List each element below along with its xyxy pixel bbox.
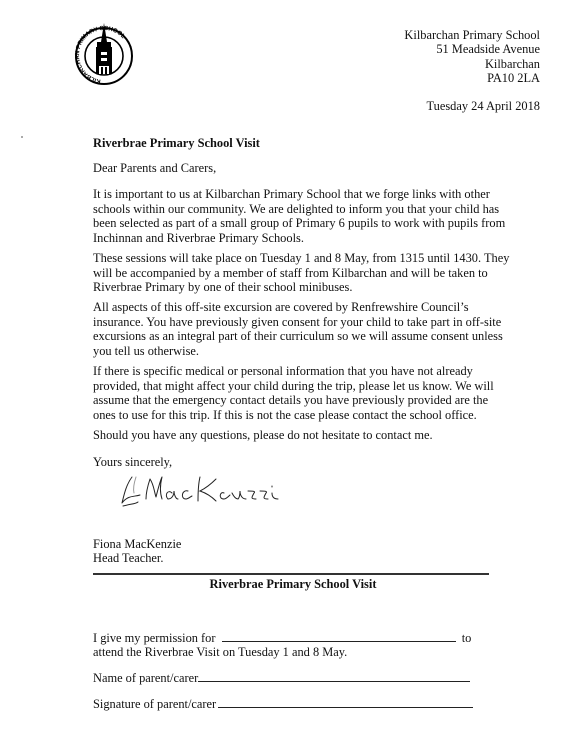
- child-name-field[interactable]: [222, 631, 456, 642]
- address-line: Kilbarchan: [404, 57, 540, 71]
- salutation: Dear Parents and Carers,: [93, 161, 513, 176]
- paragraph-insurance: All aspects of this off-site excursion a…: [93, 300, 513, 358]
- parent-signature-label: Signature of parent/carer: [93, 697, 216, 711]
- paragraph-sessions: These sessions will take place on Tuesda…: [93, 251, 513, 295]
- form-title: Riverbrae Primary School Visit: [0, 577, 586, 592]
- tear-off-divider: [93, 573, 489, 575]
- address-line: PA10 2LA: [404, 71, 540, 85]
- paragraph-questions: Should you have any questions, please do…: [93, 428, 513, 443]
- letter-date: Tuesday 24 April 2018: [404, 99, 540, 113]
- paragraph-links: It is important to us at Kilbarchan Prim…: [93, 187, 513, 245]
- signatory-name: Fiona MacKenzie: [93, 537, 513, 552]
- parent-signature-row: Signature of parent/carer: [93, 696, 513, 712]
- parent-name-row: Name of parent/carer: [93, 670, 513, 686]
- scan-artifact: [21, 136, 23, 138]
- signatory-role: Head Teacher.: [93, 551, 513, 566]
- permission-line-2: attend the Riverbrae Visit on Tuesday 1 …: [93, 645, 513, 660]
- permission-line: I give my permission for to: [93, 631, 513, 646]
- school-crest-icon: KILBARCHAN PRIMARY SCHOOL: [73, 22, 135, 86]
- address-line: 51 Meadside Avenue: [404, 42, 540, 56]
- paragraph-medical: If there is specific medical or personal…: [93, 364, 513, 422]
- parent-signature-field[interactable]: [218, 696, 473, 708]
- form-title-text: Riverbrae Primary School Visit: [210, 577, 377, 592]
- handwritten-signature: [120, 471, 295, 511]
- sender-address: Kilbarchan Primary School 51 Meadside Av…: [404, 28, 540, 113]
- parent-name-field[interactable]: [198, 670, 470, 682]
- parent-name-label: Name of parent/carer: [93, 671, 198, 685]
- address-line: Kilbarchan Primary School: [404, 28, 540, 42]
- letter-title: Riverbrae Primary School Visit: [93, 136, 513, 151]
- permission-prefix: I give my permission for: [93, 631, 216, 645]
- closing: Yours sincerely,: [93, 455, 513, 470]
- permission-suffix: to: [462, 631, 472, 645]
